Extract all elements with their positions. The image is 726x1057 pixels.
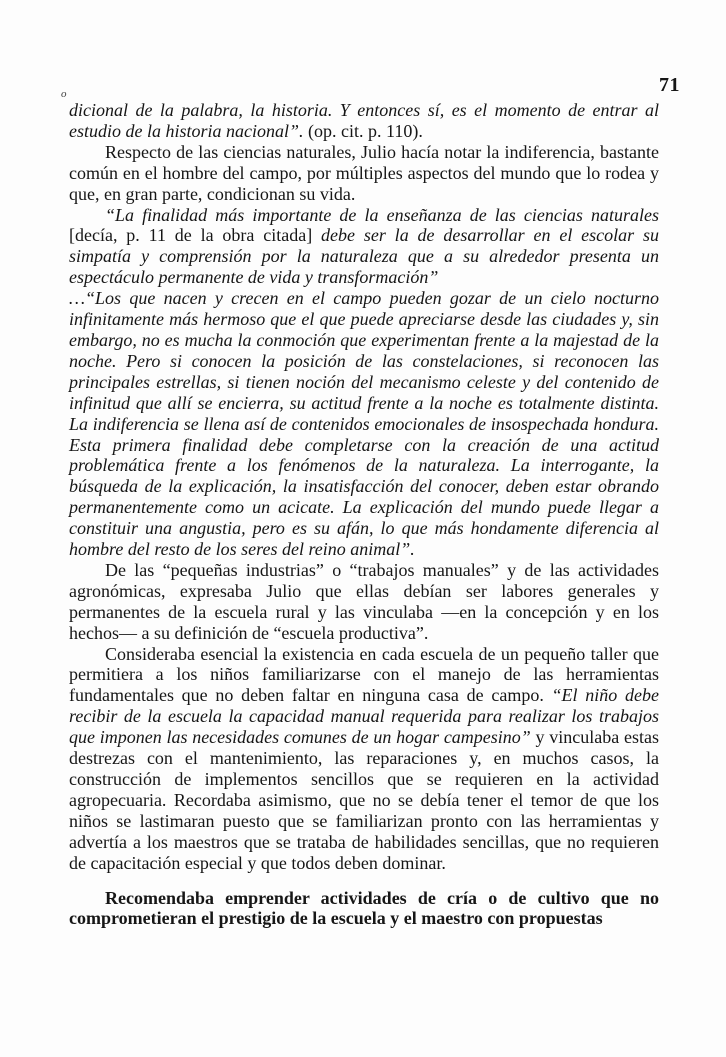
text-run-roman: De las “pequeñas industrias” o “trabajos… [69, 560, 659, 643]
paragraph-finalidad-ensenanza-quote: “La finalidad más importante de la enseñ… [69, 205, 659, 289]
paragraph-pequenas-industrias: De las “pequeñas industrias” o “trabajos… [69, 560, 659, 644]
text-run-roman: [decía, p. 11 de la obra citada] [69, 225, 321, 245]
paragraph-taller-escolar: Consideraba esencial la existencia en ca… [69, 644, 659, 874]
paragraph-cielo-nocturno-quote: …“Los que nacen y crecen en el campo pue… [69, 288, 659, 560]
body-text: dicional de la palabra, la historia. Y e… [69, 100, 659, 929]
paragraph-quote-continuation-historia: dicional de la palabra, la historia. Y e… [69, 100, 659, 142]
text-run-roman: (op. cit. p. 110). [304, 121, 423, 141]
paragraph-recomendacion-final: Recomendaba emprender actividades de crí… [69, 888, 659, 930]
text-run-italic: “La finalidad más importante de la enseñ… [105, 205, 659, 225]
text-run-italic: …“Los que nacen y crecen en el campo pue… [69, 288, 659, 559]
text-run-roman: y vinculaba estas destrezas con el mante… [69, 727, 659, 872]
page-number: 71 [659, 74, 680, 97]
paragraph-ciencias-naturales-intro: Respecto de las ciencias naturales, Juli… [69, 142, 659, 205]
text-run-bold: Recomendaba emprender actividades de crí… [69, 888, 659, 929]
book-page: ο 71 dicional de la palabra, la historia… [0, 0, 726, 1057]
text-run-roman: Respecto de las ciencias naturales, Juli… [69, 142, 659, 204]
stray-scan-mark: ο [61, 88, 67, 100]
